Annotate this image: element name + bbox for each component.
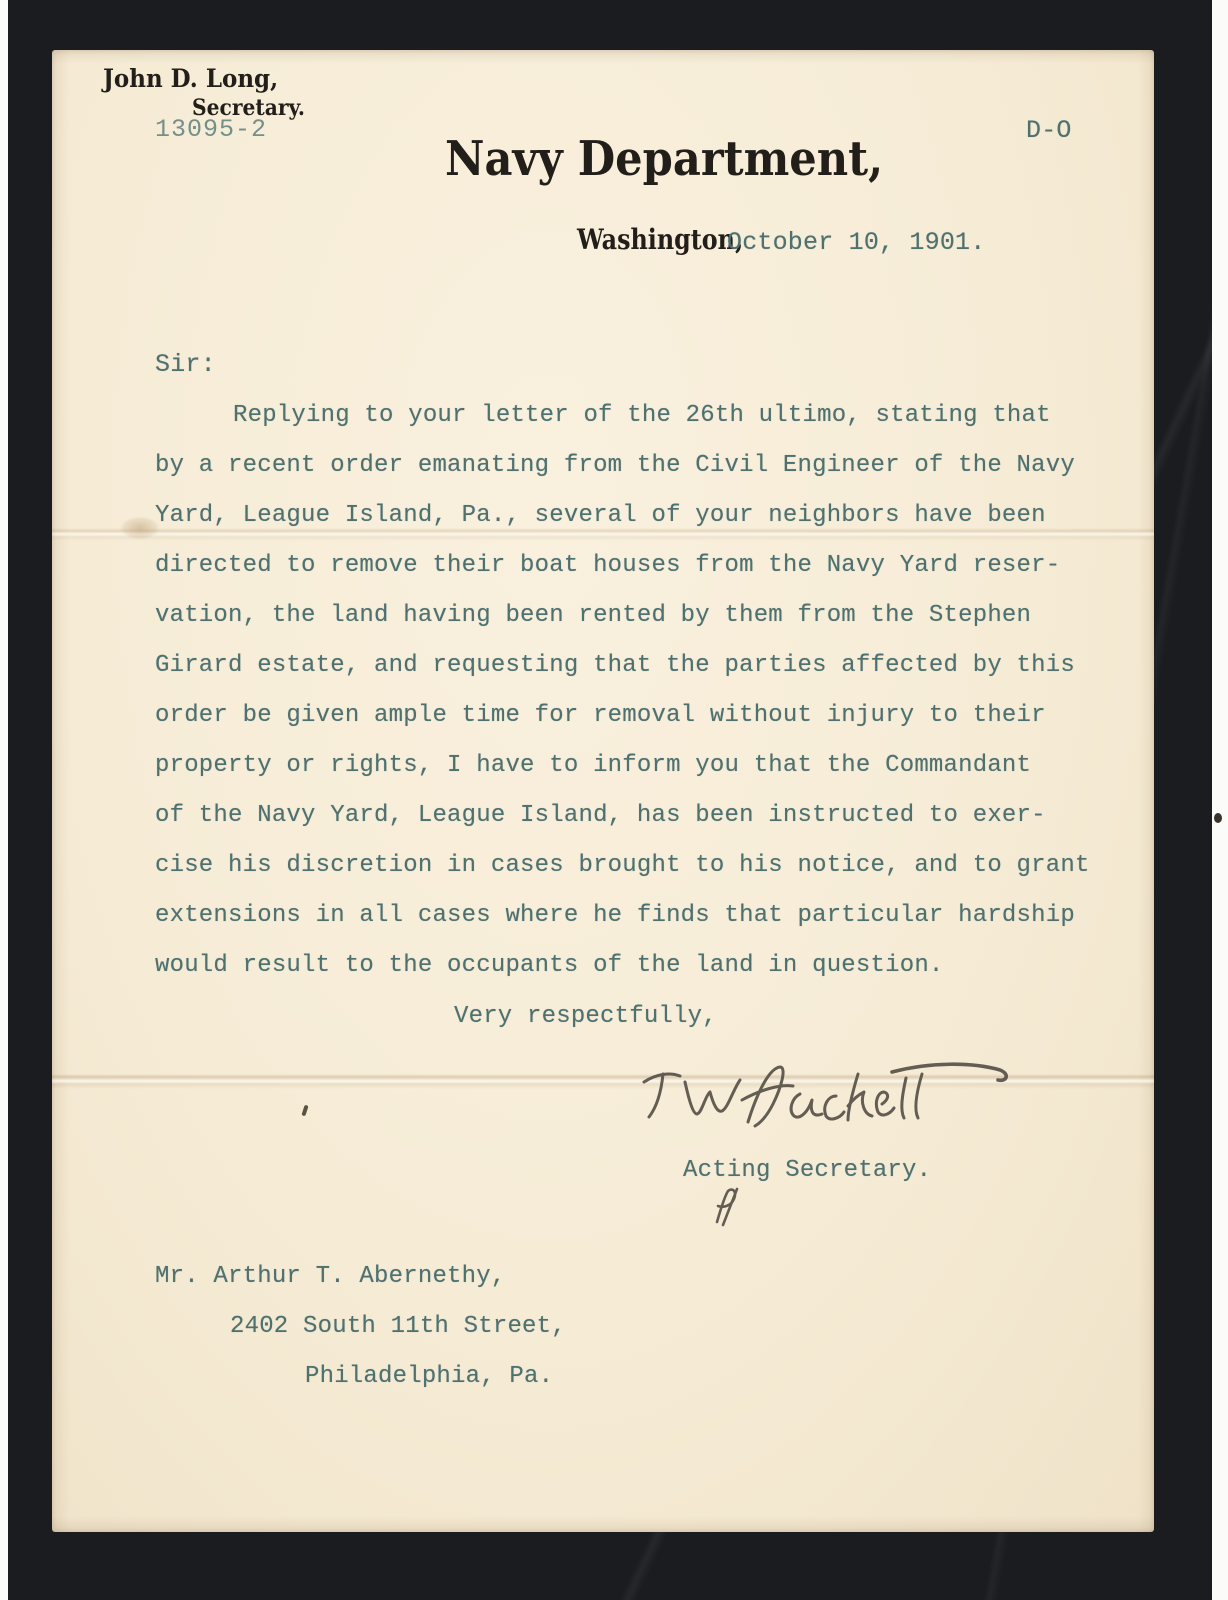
body-line: by a recent order emanating from the Civ…: [155, 441, 1105, 491]
closing: Very respectfully,: [454, 1003, 717, 1030]
sender-name: John D. Long,: [103, 64, 278, 93]
salutation: Sir:: [155, 350, 216, 379]
body-line: of the Navy Yard, League Island, has bee…: [155, 791, 1105, 841]
body-line: cise his discretion in cases brought to …: [155, 841, 1105, 891]
signature-handwriting: [630, 1060, 1020, 1138]
routing-code: D-O: [1026, 116, 1072, 145]
body-line: Girard estate, and requesting that the p…: [155, 641, 1105, 691]
body-line: would result to the occupants of the lan…: [155, 941, 1105, 991]
dust-speck: [1214, 813, 1222, 823]
dateline-date: October 10, 1901.: [727, 228, 985, 257]
recipient-street: 2402 South 11th Street,: [230, 1313, 566, 1340]
file-number: 13095-2: [155, 115, 267, 144]
body-line: Yard, League Island, Pa., several of you…: [155, 491, 1105, 541]
body-line: vation, the land having been rented by t…: [155, 591, 1105, 641]
recipient-name: Mr. Arthur T. Abernethy,: [155, 1263, 505, 1290]
signer-title: Acting Secretary.: [683, 1157, 931, 1184]
body-line: directed to remove their boat houses fro…: [155, 541, 1105, 591]
body-line: order be given ample time for removal wi…: [155, 691, 1105, 741]
body-line: property or rights, I have to inform you…: [155, 741, 1105, 791]
letter-body: Replying to your letter of the 26th ulti…: [155, 391, 1105, 991]
scanned-letter-photo: John D. Long, Secretary. 13095-2 D-O Nav…: [0, 0, 1228, 1600]
body-line: Replying to your letter of the 26th ulti…: [155, 391, 1105, 441]
dateline-place: Washington,: [577, 223, 743, 256]
clerk-initials-handwriting: [705, 1186, 743, 1228]
recipient-city: Philadelphia, Pa.: [305, 1363, 553, 1390]
body-line: extensions in all cases where he finds t…: [155, 891, 1105, 941]
department-title: Navy Department,: [445, 131, 883, 187]
